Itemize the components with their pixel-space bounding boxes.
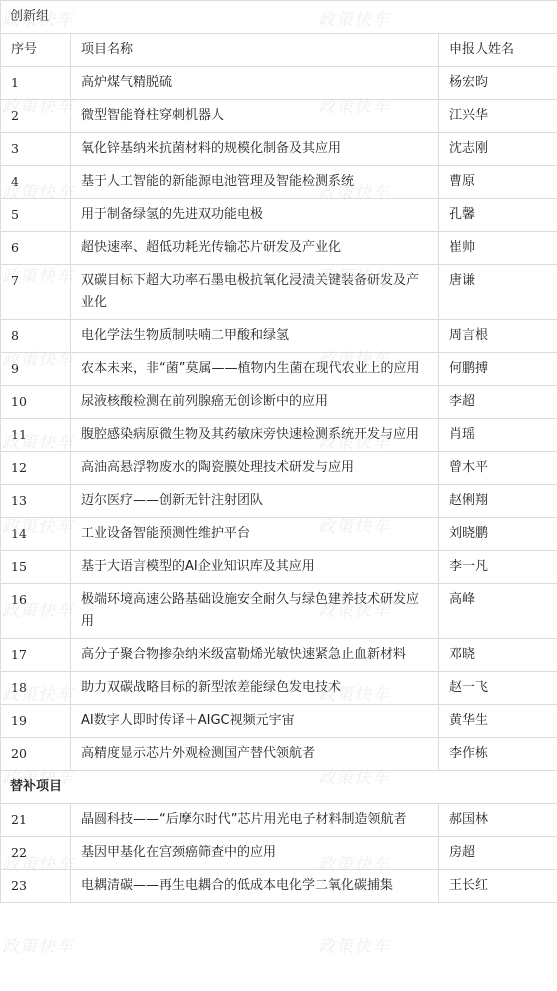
row-applicant: 赵俐翔 (439, 485, 557, 518)
project-table: 创新组 序号 项目名称 申报人姓名 1高炉煤气精脱硫杨宏昀2微型智能脊柱穿刺机器… (0, 0, 557, 903)
row-index: 15 (1, 551, 71, 584)
header-name: 项目名称 (71, 34, 439, 67)
row-index: 10 (1, 386, 71, 419)
header-row: 序号 项目名称 申报人姓名 (1, 34, 557, 67)
table-row: 2微型智能脊柱穿刺机器人江兴华 (1, 100, 557, 133)
table-row: 17高分子聚合物掺杂纳米级富勒烯光敏快速紧急止血新材料邓晓 (1, 639, 557, 672)
row-applicant: 曹原 (439, 166, 557, 199)
row-project-name: 双碳目标下超大功率石墨电极抗氧化浸渍关键装备研发及产业化 (71, 265, 439, 320)
row-project-name: 晶圆科技——“后摩尔时代”芯片用光电子材料制造领航者 (71, 804, 439, 837)
table-row: 3氧化锌基纳米抗菌材料的规模化制备及其应用沈志刚 (1, 133, 557, 166)
row-project-name: 工业设备智能预测性维护平台 (71, 518, 439, 551)
table-row: 10尿液核酸检测在前列腺癌无创诊断中的应用李超 (1, 386, 557, 419)
row-project-name: 微型智能脊柱穿刺机器人 (71, 100, 439, 133)
row-index: 7 (1, 265, 71, 320)
row-project-name: 基于大语言模型的AI企业知识库及其应用 (71, 551, 439, 584)
table-row: 15基于大语言模型的AI企业知识库及其应用李一凡 (1, 551, 557, 584)
group-title: 创新组 (1, 1, 557, 34)
table-row: 18助力双碳战略目标的新型浓差能绿色发电技术赵一飞 (1, 672, 557, 705)
header-applicant: 申报人姓名 (439, 34, 557, 67)
row-project-name: 高精度显示芯片外观检测国产替代领航者 (71, 738, 439, 771)
watermark-text: 政策快车 (2, 932, 74, 957)
row-index: 16 (1, 584, 71, 639)
row-project-name: 腹腔感染病原微生物及其药敏床旁快速检测系统开发与应用 (71, 419, 439, 452)
row-applicant: 刘晓鹏 (439, 518, 557, 551)
row-index: 21 (1, 804, 71, 837)
row-index: 14 (1, 518, 71, 551)
row-applicant: 曾木平 (439, 452, 557, 485)
table-row: 16极端环境高速公路基础设施安全耐久与绿色建养技术研发应用高峰 (1, 584, 557, 639)
group-title-row: 替补项目 (1, 771, 557, 804)
table-row: 22基因甲基化在宫颈癌筛查中的应用房超 (1, 837, 557, 870)
row-index: 8 (1, 320, 71, 353)
table-row: 6超快速率、超低功耗光传输芯片研发及产业化崔帅 (1, 232, 557, 265)
row-project-name: AI数字人即时传译＋AIGC视频元宇宙 (71, 705, 439, 738)
row-index: 6 (1, 232, 71, 265)
row-index: 4 (1, 166, 71, 199)
table-row: 20高精度显示芯片外观检测国产替代领航者李作栋 (1, 738, 557, 771)
row-applicant: 房超 (439, 837, 557, 870)
row-index: 12 (1, 452, 71, 485)
row-index: 19 (1, 705, 71, 738)
row-index: 11 (1, 419, 71, 452)
row-project-name: 用于制备绿氢的先进双功能电极 (71, 199, 439, 232)
row-applicant: 何鹏搏 (439, 353, 557, 386)
row-index: 9 (1, 353, 71, 386)
row-index: 2 (1, 100, 71, 133)
row-applicant: 邓晓 (439, 639, 557, 672)
row-project-name: 农本未来，非“菌”莫属——植物内生菌在现代农业上的应用 (71, 353, 439, 386)
table-row: 4基于人工智能的新能源电池管理及智能检测系统曹原 (1, 166, 557, 199)
group-title: 替补项目 (1, 771, 557, 804)
row-project-name: 基因甲基化在宫颈癌筛查中的应用 (71, 837, 439, 870)
row-applicant: 黄华生 (439, 705, 557, 738)
row-project-name: 电耦清碳——再生电耦合的低成本电化学二氧化碳捕集 (71, 870, 439, 903)
row-project-name: 高炉煤气精脱硫 (71, 67, 439, 100)
row-index: 20 (1, 738, 71, 771)
row-applicant: 李超 (439, 386, 557, 419)
table-row: 8电化学法生物质制呋喃二甲酸和绿氢周言根 (1, 320, 557, 353)
table-row: 12高油高悬浮物废水的陶瓷膜处理技术研发与应用曾木平 (1, 452, 557, 485)
row-applicant: 高峰 (439, 584, 557, 639)
row-index: 18 (1, 672, 71, 705)
table-row: 9农本未来，非“菌”莫属——植物内生菌在现代农业上的应用何鹏搏 (1, 353, 557, 386)
row-index: 22 (1, 837, 71, 870)
row-applicant: 赵一飞 (439, 672, 557, 705)
row-applicant: 孔馨 (439, 199, 557, 232)
row-applicant: 肖瑶 (439, 419, 557, 452)
row-index: 17 (1, 639, 71, 672)
table-row: 19AI数字人即时传译＋AIGC视频元宇宙黄华生 (1, 705, 557, 738)
row-applicant: 郝国林 (439, 804, 557, 837)
table-row: 1高炉煤气精脱硫杨宏昀 (1, 67, 557, 100)
table-row: 21晶圆科技——“后摩尔时代”芯片用光电子材料制造领航者郝国林 (1, 804, 557, 837)
row-index: 1 (1, 67, 71, 100)
table-row: 7双碳目标下超大功率石墨电极抗氧化浸渍关键装备研发及产业化唐谦 (1, 265, 557, 320)
group-title-row: 创新组 (1, 1, 557, 34)
row-applicant: 王长红 (439, 870, 557, 903)
header-index: 序号 (1, 34, 71, 67)
row-applicant: 沈志刚 (439, 133, 557, 166)
table-row: 14工业设备智能预测性维护平台刘晓鹏 (1, 518, 557, 551)
table-row: 13迈尔医疗——创新无针注射团队赵俐翔 (1, 485, 557, 518)
row-applicant: 李作栋 (439, 738, 557, 771)
row-index: 3 (1, 133, 71, 166)
row-project-name: 高油高悬浮物废水的陶瓷膜处理技术研发与应用 (71, 452, 439, 485)
table-row: 5用于制备绿氢的先进双功能电极孔馨 (1, 199, 557, 232)
table-row: 23电耦清碳——再生电耦合的低成本电化学二氧化碳捕集王长红 (1, 870, 557, 903)
row-project-name: 高分子聚合物掺杂纳米级富勒烯光敏快速紧急止血新材料 (71, 639, 439, 672)
table-row: 11腹腔感染病原微生物及其药敏床旁快速检测系统开发与应用肖瑶 (1, 419, 557, 452)
row-applicant: 唐谦 (439, 265, 557, 320)
watermark-text: 政策快车 (318, 932, 390, 957)
row-project-name: 尿液核酸检测在前列腺癌无创诊断中的应用 (71, 386, 439, 419)
row-project-name: 氧化锌基纳米抗菌材料的规模化制备及其应用 (71, 133, 439, 166)
row-index: 23 (1, 870, 71, 903)
row-project-name: 助力双碳战略目标的新型浓差能绿色发电技术 (71, 672, 439, 705)
row-applicant: 崔帅 (439, 232, 557, 265)
row-applicant: 江兴华 (439, 100, 557, 133)
row-applicant: 周言根 (439, 320, 557, 353)
row-project-name: 基于人工智能的新能源电池管理及智能检测系统 (71, 166, 439, 199)
row-index: 13 (1, 485, 71, 518)
row-project-name: 极端环境高速公路基础设施安全耐久与绿色建养技术研发应用 (71, 584, 439, 639)
row-index: 5 (1, 199, 71, 232)
row-applicant: 李一凡 (439, 551, 557, 584)
row-project-name: 超快速率、超低功耗光传输芯片研发及产业化 (71, 232, 439, 265)
row-project-name: 迈尔医疗——创新无针注射团队 (71, 485, 439, 518)
row-project-name: 电化学法生物质制呋喃二甲酸和绿氢 (71, 320, 439, 353)
row-applicant: 杨宏昀 (439, 67, 557, 100)
